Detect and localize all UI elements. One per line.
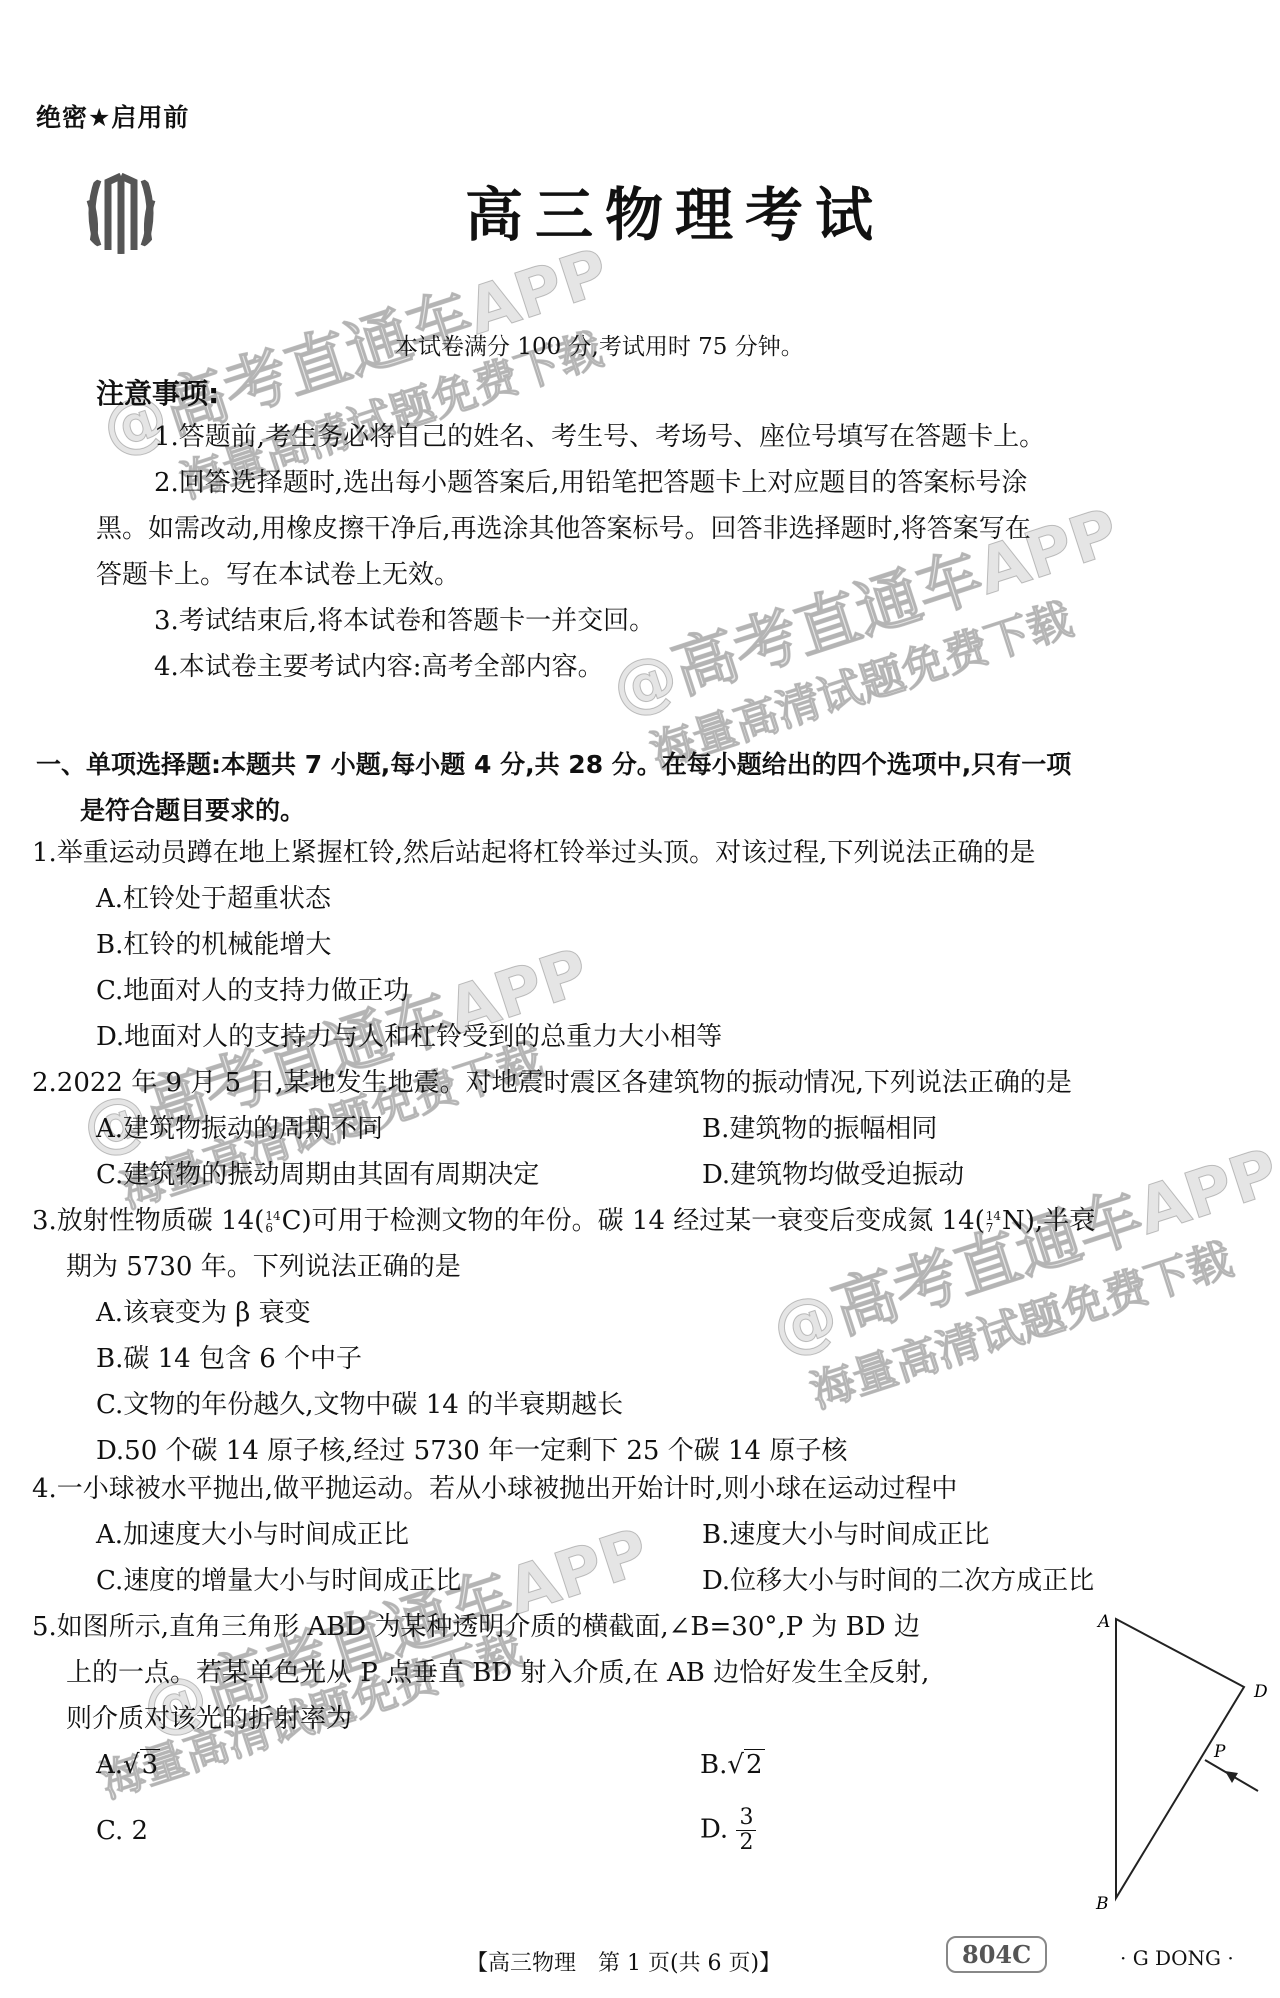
- question-stem: 1.举重运动员蹲在地上紧握杠铃,然后站起将杠铃举过头顶。对该过程,下列说法正确的…: [32, 830, 1262, 876]
- atomic-number: 6: [265, 1222, 280, 1234]
- note-item: 答题卡上。写在本试卷上无效。: [96, 552, 1206, 598]
- page-info: 【高三物理 第 1 页(共 6 页)】: [466, 1946, 781, 1977]
- option-a: A.该衰变为 β 衰变: [32, 1290, 1262, 1336]
- note-item: 3.考试结束后,将本试卷和答题卡一并交回。: [96, 598, 1206, 644]
- notes-list: 1.答题前,考生务必将自己的姓名、考生号、考场号、座位号填写在答题卡上。 2.回…: [96, 414, 1206, 690]
- option-label: A.: [96, 1750, 123, 1780]
- option-d: D.建筑物均做受迫振动: [702, 1152, 964, 1198]
- option-b: B.√2: [700, 1750, 765, 1780]
- denominator: 2: [739, 1831, 753, 1855]
- option-b: B.杠铃的机械能增大: [32, 922, 1262, 968]
- question-stem-cont: 上的一点。若某单色光从 P 点垂直 BD 射入介质,在 AB 边恰好发生全反射,: [32, 1650, 1092, 1696]
- option-d: D. 32: [700, 1806, 756, 1855]
- vertex-label-b: B: [1095, 1894, 1109, 1914]
- option-value: 2: [132, 1816, 149, 1846]
- option-d: D.位移大小与时间的二次方成正比: [702, 1558, 1094, 1604]
- vertex-label-a: A: [1096, 1612, 1110, 1632]
- vertex-label-d: D: [1253, 1682, 1268, 1702]
- triangle-abd-diagram: A D P B: [1080, 1605, 1280, 1925]
- carbon-nuclide: 146: [265, 1210, 280, 1234]
- sqrt-icon: √: [727, 1750, 744, 1780]
- numerator: 3: [736, 1806, 756, 1831]
- page-title: 高三物理考试: [0, 168, 1280, 252]
- exam-info: 本试卷满分 100 分,考试用时 75 分钟。: [395, 328, 804, 361]
- section-heading-line: 是符合题目要求的。: [36, 788, 1256, 834]
- question-stem-cont: 期为 5730 年。下列说法正确的是: [32, 1244, 1262, 1290]
- option-c: C.建筑物的振动周期由其固有周期决定: [96, 1152, 702, 1198]
- option-a: A.杠铃处于超重状态: [32, 876, 1262, 922]
- question-3: 3.放射性物质碳 14(146C)可用于检测文物的年份。碳 14 经过某一衰变后…: [32, 1198, 1262, 1474]
- nitrogen-nuclide: 147: [986, 1210, 1001, 1234]
- section-heading: 一、单项选择题:本题共 7 小题,每小题 4 分,共 28 分。在每小题给出的四…: [36, 742, 1256, 834]
- option-b: B.碳 14 包含 6 个中子: [32, 1336, 1262, 1382]
- note-item: 黑。如需改动,用橡皮擦干净后,再选涂其他答案标号。回答非选择题时,将答案写在: [96, 506, 1206, 552]
- option-b: B.建筑物的振幅相同: [702, 1106, 937, 1152]
- atomic-number: 7: [986, 1222, 1001, 1234]
- section-heading-line: 一、单项选择题:本题共 7 小题,每小题 4 分,共 28 分。在每小题给出的四…: [36, 742, 1256, 788]
- question-stem: 3.放射性物质碳 14(146C)可用于检测文物的年份。碳 14 经过某一衰变后…: [32, 1198, 1262, 1244]
- option-a: A.加速度大小与时间成正比: [96, 1512, 702, 1558]
- option-value: 3: [140, 1749, 161, 1780]
- question-1: 1.举重运动员蹲在地上紧握杠铃,然后站起将杠铃举过头顶。对该过程,下列说法正确的…: [32, 830, 1262, 1060]
- question-stem: 5.如图所示,直角三角形 ABD 为某种透明介质的横截面,∠B=30°,P 为 …: [32, 1604, 1092, 1650]
- option-label: B.: [700, 1750, 727, 1780]
- question-2: 2.2022 年 9 月 5 日,某地发生地震。对地震时震区各建筑物的振动情况,…: [32, 1060, 1262, 1198]
- options-row: C.速度的增量大小与时间成正比 D.位移大小与时间的二次方成正比: [32, 1558, 1262, 1604]
- element-symbol: C: [282, 1206, 302, 1236]
- confidential-label: 绝密★启用前: [36, 98, 189, 134]
- options-row: A.加速度大小与时间成正比 B.速度大小与时间成正比: [32, 1512, 1262, 1558]
- stem-part: 3.放射性物质碳 14(: [32, 1206, 264, 1236]
- option-value: 2: [744, 1749, 765, 1780]
- brand-label: · G DONG ·: [1120, 1946, 1234, 1970]
- note-item: 4.本试卷主要考试内容:高考全部内容。: [96, 644, 1206, 690]
- option-a: A.√3: [96, 1750, 160, 1780]
- stem-part: ),半衰: [1025, 1206, 1095, 1236]
- question-stem: 4.一小球被水平抛出,做平抛运动。若从小球被抛出开始计时,则小球在运动过程中: [32, 1466, 1262, 1512]
- exam-code-badge: 804C: [946, 1936, 1047, 1973]
- option-label: D.: [700, 1815, 728, 1845]
- question-stem-cont: 则介质对该光的折射率为: [32, 1696, 1092, 1742]
- stem-part: )可用于检测文物的年份。碳 14 经过某一衰变后变成氮 14(: [302, 1206, 985, 1236]
- option-c: C.地面对人的支持力做正功: [32, 968, 1262, 1014]
- option-d: D.地面对人的支持力与人和杠铃受到的总重力大小相等: [32, 1014, 1262, 1060]
- option-c: C. 2: [96, 1816, 148, 1846]
- notes-title: 注意事项:: [96, 372, 219, 412]
- fraction: 32: [736, 1806, 756, 1855]
- option-c: C.速度的增量大小与时间成正比: [96, 1558, 702, 1604]
- option-a: A.建筑物振动的周期不同: [96, 1106, 702, 1152]
- option-c: C.文物的年份越久,文物中碳 14 的半衰期越长: [32, 1382, 1262, 1428]
- point-label-p: P: [1213, 1742, 1226, 1762]
- options-row: A.建筑物振动的周期不同 B.建筑物的振幅相同: [32, 1106, 1262, 1152]
- question-5: 5.如图所示,直角三角形 ABD 为某种透明介质的横截面,∠B=30°,P 为 …: [32, 1604, 1092, 1742]
- sqrt-icon: √: [123, 1750, 140, 1780]
- element-symbol: N: [1002, 1206, 1025, 1236]
- note-item: 1.答题前,考生务必将自己的姓名、考生号、考场号、座位号填写在答题卡上。: [96, 414, 1206, 460]
- question-stem: 2.2022 年 9 月 5 日,某地发生地震。对地震时震区各建筑物的振动情况,…: [32, 1060, 1262, 1106]
- question-4: 4.一小球被水平抛出,做平抛运动。若从小球被抛出开始计时,则小球在运动过程中 A…: [32, 1466, 1262, 1604]
- note-item: 2.回答选择题时,选出每小题答案后,用铅笔把答题卡上对应题目的答案标号涂: [96, 460, 1206, 506]
- option-b: B.速度大小与时间成正比: [702, 1512, 989, 1558]
- options-row: C.建筑物的振动周期由其固有周期决定 D.建筑物均做受迫振动: [32, 1152, 1262, 1198]
- option-label: C.: [96, 1816, 123, 1846]
